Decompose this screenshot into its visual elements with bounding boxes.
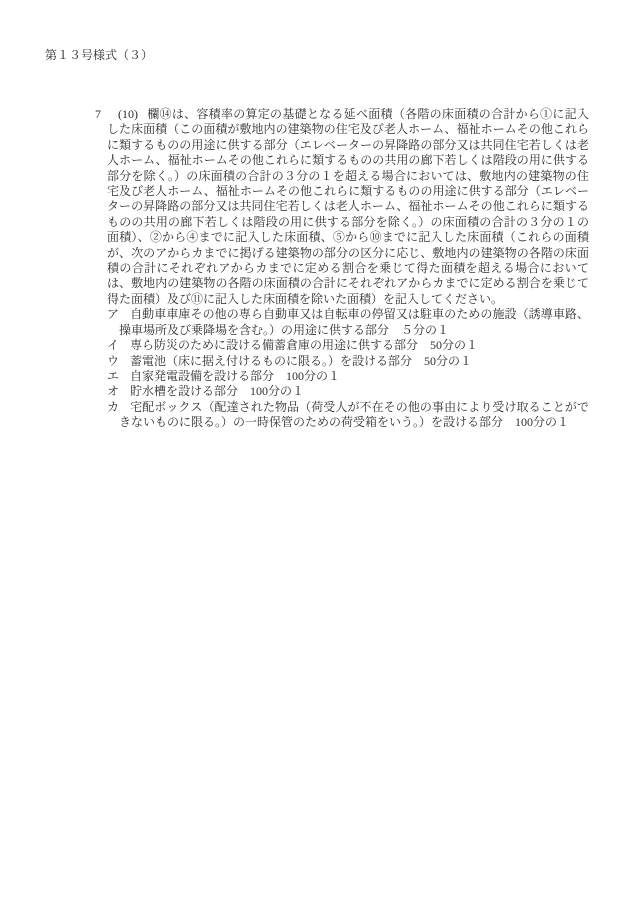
sub-item-u-ratio: 50分の１: [424, 354, 472, 368]
document-page: 第１３号様式（３） 7(10)欄⑭は、容積率の算定の基礎となる延べ面積（各階の床…: [0, 0, 630, 903]
sub-item-a-label: ア: [107, 307, 119, 321]
sub-item-a-ratio: ５分の１: [401, 323, 449, 337]
sub-item-i-text: 専ら防災のために設ける備蓄倉庫の用途に供する部分: [130, 338, 418, 352]
sub-item-e-ratio: 100分の１: [286, 369, 340, 383]
sub-item-e-label: エ: [107, 369, 119, 383]
sub-item-u-label: ウ: [107, 354, 119, 368]
sub-item-o-ratio: 100分の１: [250, 384, 304, 398]
sub-item-ka-label: カ: [107, 400, 119, 414]
item-number: 7: [95, 107, 101, 121]
clause-body-text: 欄⑭は、容積率の算定の基礎となる延べ面積（各階の床面積の合計から①に記入した床面…: [107, 107, 589, 306]
sub-item-o-text: 貯水槽を設ける部分: [130, 384, 238, 398]
form-number-label: 第１３号様式（３）: [45, 48, 153, 63]
sub-item-ka: カ宅配ボックス（配達された物品（荷受人が不在その他の事由により受け取ることができ…: [95, 400, 589, 431]
sub-item-a-text: 自動車車庫その他の専ら自動車又は自転車の停留又は駐車のための施設（誘導車路、操車…: [119, 307, 589, 336]
sub-item-u-text: 蓄電池（床に据え付けるものに限る。）を設ける部分: [130, 354, 412, 368]
sub-item-i-label: イ: [107, 338, 119, 352]
sub-item-i: イ専ら防災のために設ける備蓄倉庫の用途に供する部分50分の１: [95, 338, 589, 353]
sub-item-o-label: オ: [107, 384, 119, 398]
sub-item-e: エ自家発電設備を設ける部分100分の１: [95, 369, 589, 384]
sub-item-e-text: 自家発電設備を設ける部分: [130, 369, 274, 383]
sub-item-a: ア自動車車庫その他の専ら自動車又は自転車の停留又は駐車のための施設（誘導車路、操…: [95, 307, 589, 338]
sub-item-u: ウ蓄電池（床に据え付けるものに限る。）を設ける部分50分の１: [95, 354, 589, 369]
clause-paragraph: 7(10)欄⑭は、容積率の算定の基礎となる延べ面積（各階の床面積の合計から①に記…: [95, 107, 589, 307]
instruction-section: 7(10)欄⑭は、容積率の算定の基礎となる延べ面積（各階の床面積の合計から①に記…: [95, 107, 589, 431]
sub-item-o: オ貯水槽を設ける部分100分の１: [95, 384, 589, 399]
sub-item-i-ratio: 50分の１: [430, 338, 478, 352]
clause-number: (10): [118, 107, 138, 121]
sub-item-ka-ratio: 100分の１: [515, 415, 569, 429]
